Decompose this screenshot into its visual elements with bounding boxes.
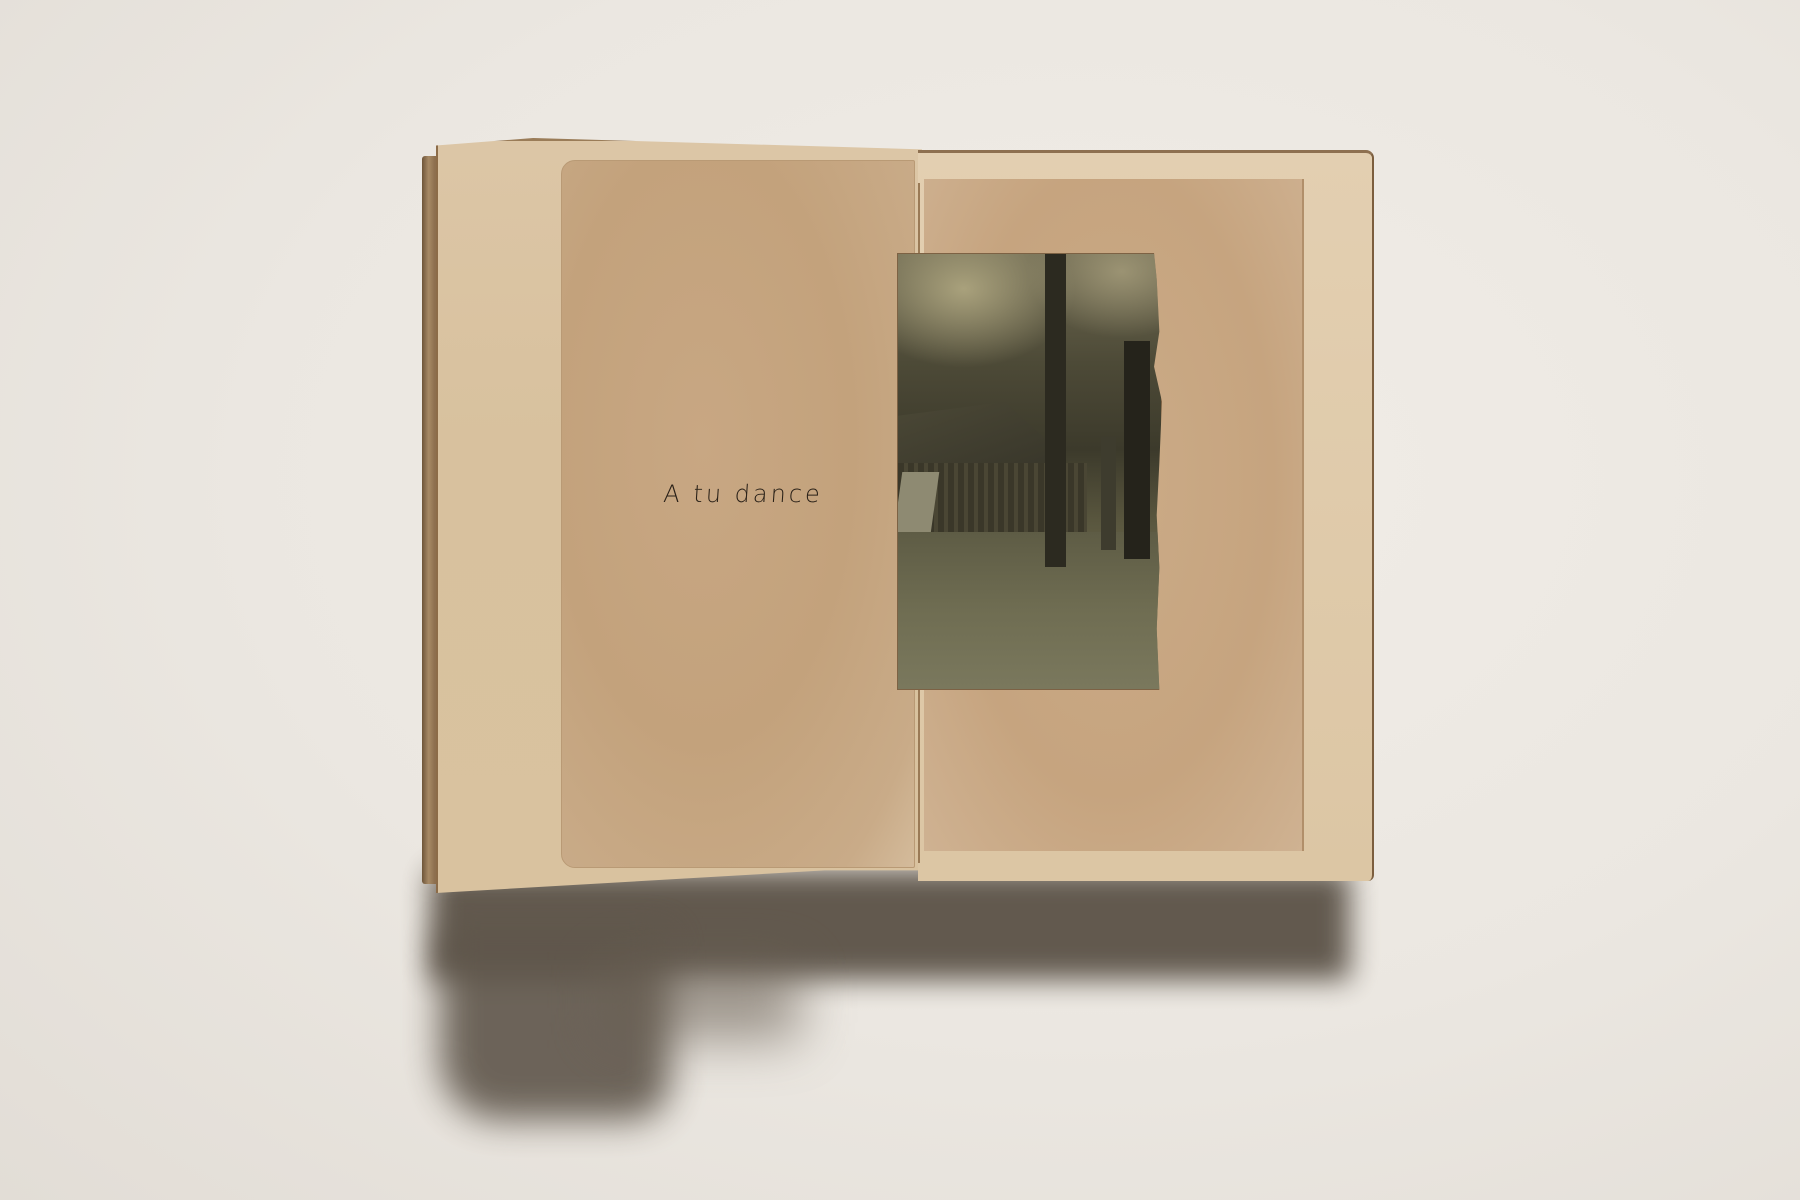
photo-tree-trunk [1101,437,1117,550]
photo-tree-trunk [1124,341,1150,559]
photo-tree-trunk [1045,254,1066,567]
shadow-soft [600,960,800,1040]
photo-grass [898,532,1161,689]
sepia-photograph [897,253,1162,690]
handwritten-inscription: A tu dance [662,480,865,520]
photo-sky [898,254,1161,428]
